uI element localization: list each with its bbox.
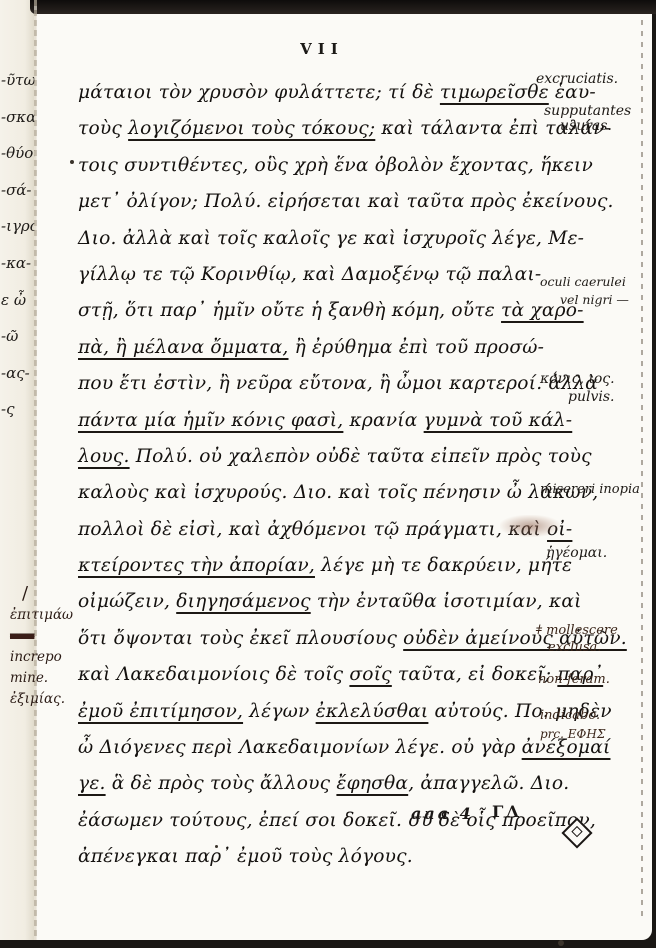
text-line: στῇ, ὅτι παρ᾽ ἡμῖν οὔτε ἡ ξανθὴ κόμη, οὔ…	[78, 296, 538, 332]
facing-page-fragment: ε ὦ	[1, 282, 35, 319]
margin-note: excruciatis.	[536, 72, 618, 87]
left-note-line-struck: ═══	[10, 626, 80, 647]
facing-page-edge: -ῦτω. -σκα- -θύοι -σά- -ιγροι -κα- ε ὦ -…	[0, 0, 36, 940]
text-line: οἰμώζειν, διηγησάμενος τὴν ἐνταῦθα ἰσοτι…	[78, 587, 538, 623]
margin-note: usuras.	[560, 119, 612, 134]
margin-note: ἡγέομαι.	[546, 546, 607, 561]
ink-stain	[500, 515, 560, 537]
facing-page-fragment: -ῶ	[1, 318, 35, 355]
facing-page-fragment: -ας-	[1, 355, 35, 392]
signature-mark: aaa 4	[411, 804, 474, 823]
facing-page-fragment: -ῦτω.	[1, 62, 35, 99]
margin-note: κόνις, ιος.	[540, 372, 615, 387]
facing-page-text-fragments: -ῦτω. -σκα- -θύοι -σά- -ιγροι -κα- ε ὦ -…	[1, 62, 35, 428]
margin-note: prc. ΕΦΗΣ	[540, 727, 605, 742]
text-line: γε. ἃ δὲ πρὸς τοὺς ἄλλους ἔφησθα, ἀπαγγε…	[78, 769, 538, 805]
text-line: ὦ Διόγενες περὶ Λακεδαιμονίων λέγε. οὐ γ…	[78, 733, 538, 769]
text-line: τοις συντιθέντες, οὓς χρὴ ἕνα ὀβολὸν ἔχο…	[78, 151, 538, 187]
text-line: ἀπένεγκαι παρ᾽ ἐμοῦ τοὺς λόγους.	[78, 842, 538, 878]
text-line: που ἔτι ἐστὶν, ἢ νεῦρα εὔτονα, ἢ ὦμοι κα…	[78, 369, 538, 405]
margin-note: supputantes	[544, 104, 631, 119]
margin-note: pulvis.	[568, 390, 614, 405]
text-line: κτείροντες τὴν ἀπορίαν, λέγε μὴ τε δακρύ…	[78, 551, 538, 587]
left-note-line: ἐξιμίας.	[10, 689, 80, 710]
margin-note: oculi caerulei	[540, 274, 626, 289]
catchword: ΓΛ	[492, 802, 522, 821]
page-edge-line	[641, 20, 643, 920]
paper-speck	[558, 940, 564, 946]
facing-page-fragment: -ς	[1, 391, 35, 428]
facing-page-fragment: -θύοι	[1, 135, 35, 172]
paper-speck	[70, 160, 74, 164]
text-line: πολλοὶ δὲ εἰσὶ, καὶ ἀχθόμενοι τῷ πράγματ…	[78, 515, 538, 551]
left-note-line: increpo	[10, 647, 80, 668]
text-line: τοὺς λογιζόμενοι τοὺς τόκους; καὶ τάλαντ…	[78, 114, 538, 150]
margin-note: non-feram.	[538, 672, 610, 687]
greek-text-body: μάταιοι τὸν χρυσὸν φυλάττετε; τί δὲ τιμω…	[78, 78, 538, 879]
text-line: γίλλῳ τε τῷ Κορινθίῳ, καὶ Δαμοξένῳ τῷ πα…	[78, 260, 538, 296]
text-line: Διο. ἀλλὰ καὶ τοῖς καλοῖς γε καὶ ἰσχυροῖ…	[78, 224, 538, 260]
running-header: VII	[0, 40, 622, 58]
text-line: ὅτι ὄψονται τοὺς ἐκεῖ πλουσίους οὐδὲν ἀμ…	[78, 624, 538, 660]
margin-note: vel nigri —	[560, 292, 629, 307]
text-line: πὰ, ἢ μέλανα ὄμματα, ἢ ἐρύθημα ἐπὶ τοῦ π…	[78, 333, 538, 369]
book-gutter	[34, 0, 37, 940]
note-mark-icon: /	[22, 583, 28, 604]
paper-speck	[215, 845, 218, 848]
margin-note: misereri inopia	[540, 482, 640, 497]
facing-page-fragment: -ιγροι	[1, 208, 35, 245]
text-line: μετ᾽ ὀλίγον; Πολύ. εἰρήσεται καὶ ταῦτα π…	[78, 187, 538, 223]
left-note-line: ἐπιτιμάω	[10, 605, 80, 626]
text-line: καλοὺς καὶ ἰσχυρούς. Διο. καὶ τοῖς πένησ…	[78, 478, 538, 514]
scan-top-shadow	[30, 0, 656, 14]
text-line: λους. Πολύ. οὐ χαλεπὸν οὐδὲ ταῦτα εἰπεῖν…	[78, 442, 538, 478]
facing-page-fragment: -κα-	[1, 245, 35, 282]
margin-note: indicabo.	[540, 708, 600, 723]
text-line: πάντα μία ἡμῖν κόνις φασὶ, κρανία γυμνὰ …	[78, 406, 538, 442]
text-line: ἐμοῦ ἐπιτίμησον, λέγων ἐκλελύσθαι αὐτούς…	[78, 697, 538, 733]
margin-note: ǂ mollescere	[536, 623, 618, 638]
left-margin-note: / ἐπιτιμάω ═══ increpo mine. ἐξιμίας.	[10, 605, 80, 710]
facing-page-fragment: -σκα-	[1, 99, 35, 136]
left-note-line: mine.	[10, 668, 80, 689]
text-line: μάταιοι τὸν χρυσὸν φυλάττετε; τί δὲ τιμω…	[78, 78, 538, 114]
facing-page-fragment: -σά-	[1, 172, 35, 209]
margin-note: exclusa.	[548, 640, 601, 655]
text-line: καὶ Λακεδαιμονίοις δὲ τοῖς σοῖς ταῦτα, ε…	[78, 660, 538, 696]
